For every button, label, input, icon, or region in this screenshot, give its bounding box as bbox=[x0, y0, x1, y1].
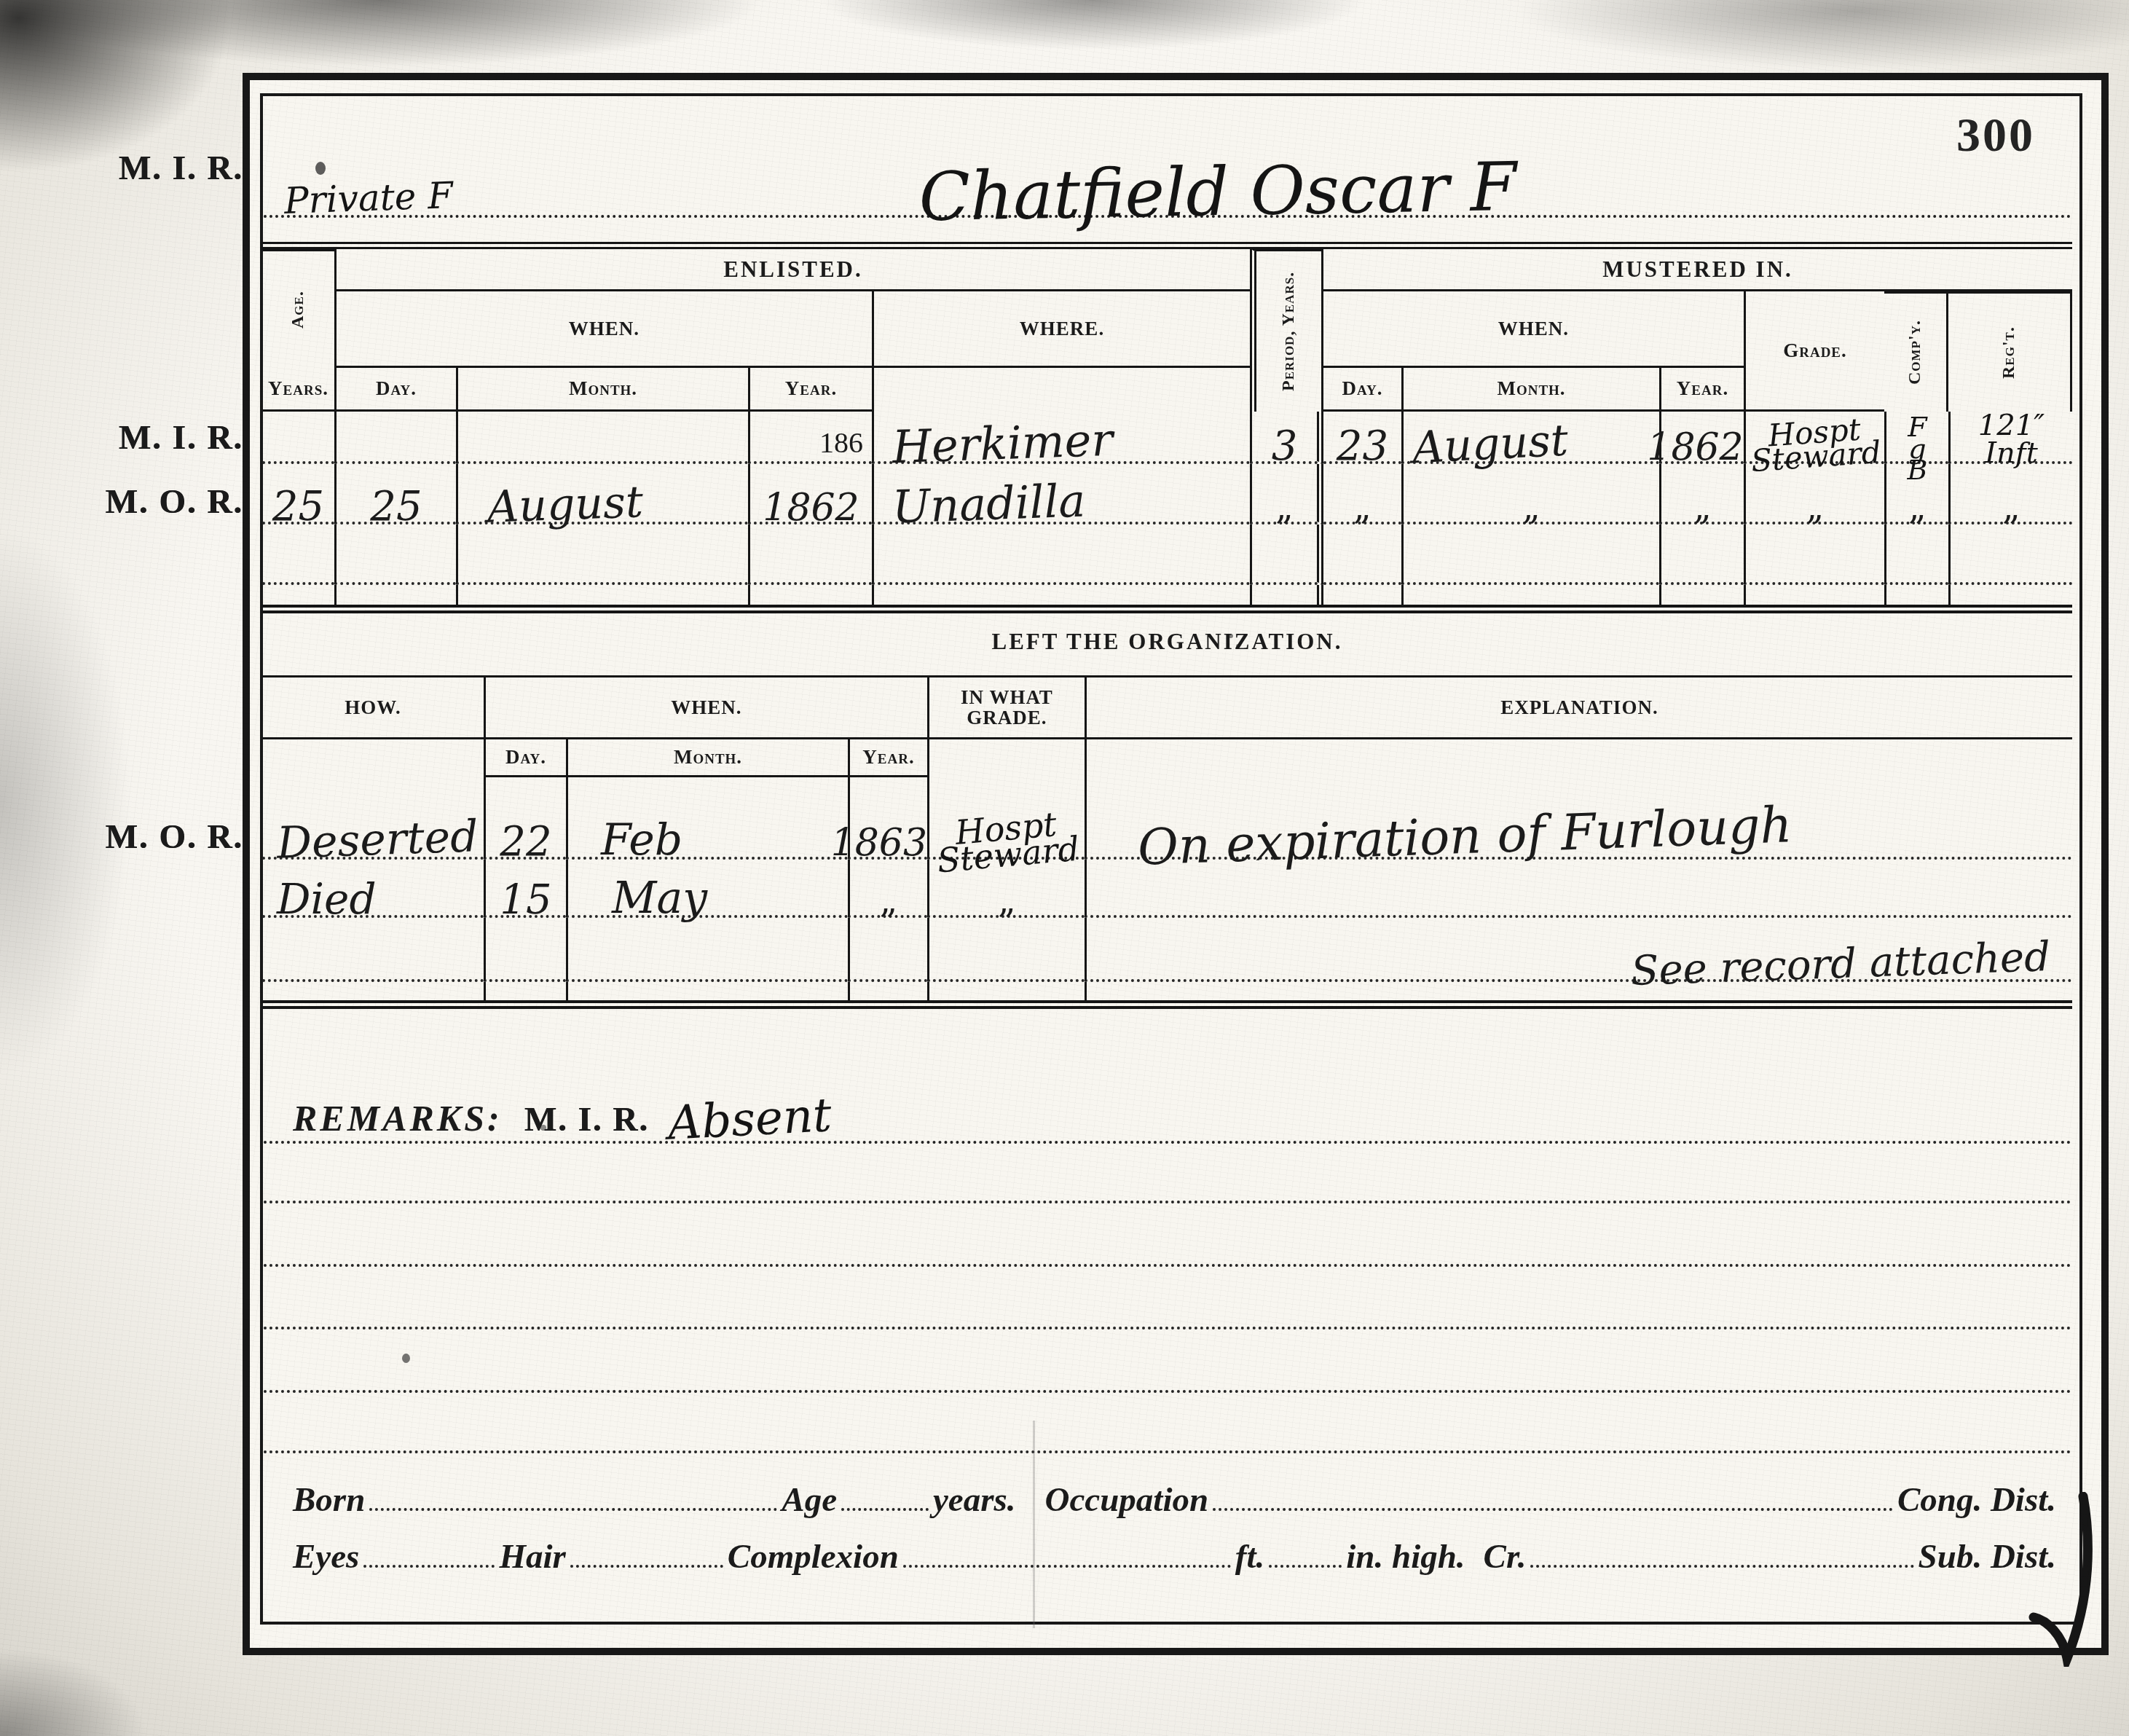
in-high-label: in. high. bbox=[1346, 1537, 1465, 1576]
col-header-regiment: Reg't. bbox=[1948, 291, 2072, 412]
col-header-when-mustered: WHEN. bbox=[1323, 291, 1744, 368]
blank-rule-line bbox=[264, 1450, 2072, 1453]
card-number: 300 bbox=[1934, 108, 2058, 163]
scan-speck bbox=[1228, 634, 1233, 638]
margin-label-leftorg-row: M. O. R. bbox=[61, 817, 243, 857]
col-header-mi-month: Month. bbox=[1401, 368, 1659, 412]
col-header-mi-day: Day. bbox=[1323, 368, 1401, 412]
left-organization-table: LEFT THE ORGANIZATION. HOW. WHEN. IN WHA… bbox=[262, 608, 2072, 1009]
lo-year-1: 1863 bbox=[848, 777, 927, 860]
mor-grade: „ bbox=[1744, 464, 1884, 525]
col-header-enl-day: Day. bbox=[334, 368, 456, 412]
eyes-label: Eyes bbox=[293, 1537, 359, 1576]
scan-speck bbox=[402, 1354, 410, 1363]
col-header-explanation: EXPLANATION. bbox=[1085, 677, 2072, 739]
mir-age bbox=[262, 412, 334, 464]
mor-enl-day: 25 bbox=[334, 464, 456, 525]
mor-mi-day: „ bbox=[1323, 464, 1401, 525]
where-unadilla: Unadilla bbox=[892, 479, 1086, 529]
mor-enl-month: August bbox=[456, 464, 748, 525]
years-label: years. bbox=[933, 1480, 1016, 1520]
lo-explanation-1: On expiration of Furlough bbox=[1085, 777, 2072, 860]
col-header-when-enlisted: WHEN. bbox=[334, 291, 872, 368]
blank-rule-line bbox=[264, 1201, 2072, 1203]
remarks-mir-prefix: M. I. R. bbox=[524, 1100, 649, 1139]
section-header-enlisted: ENLISTED. bbox=[334, 249, 1250, 291]
lo-how-2: Died bbox=[262, 860, 484, 918]
ft-label: ft. bbox=[1235, 1537, 1264, 1576]
remarks-label: REMARKS: bbox=[293, 1097, 503, 1139]
remarks-line: REMARKS: M. I. R. Absent bbox=[264, 1069, 2072, 1144]
printed-year-186: 186 bbox=[819, 425, 863, 460]
mir-enl-month bbox=[456, 412, 748, 464]
col-header-mi-year: Year. bbox=[1659, 368, 1744, 412]
hair-label: Hair bbox=[499, 1537, 565, 1576]
blank-cell bbox=[262, 525, 334, 585]
mor-period: „ bbox=[1250, 464, 1323, 525]
scan-speck bbox=[540, 1125, 546, 1131]
where-spacer bbox=[872, 368, 1250, 412]
checkmark-icon bbox=[2019, 1492, 2106, 1667]
col-header-age-years: Years. bbox=[262, 368, 334, 412]
col-header-enl-year: Year. bbox=[748, 368, 872, 412]
mir-mi-month: August bbox=[1401, 412, 1659, 464]
soldier-name-handwriting: Chatfield Oscar F bbox=[744, 145, 1692, 240]
col-header-age: Age. bbox=[262, 249, 334, 368]
blank-rule-line bbox=[264, 1390, 2072, 1393]
mor-mi-month: „ bbox=[1401, 464, 1659, 525]
scan-speck bbox=[315, 162, 326, 175]
mir-company: F g B bbox=[1884, 412, 1948, 464]
mir-mi-day: 23 bbox=[1323, 412, 1401, 464]
remarks-entry-handwriting: Absent bbox=[666, 1088, 833, 1151]
mor-mi-year: „ bbox=[1659, 464, 1744, 525]
col-header-in-what-grade: IN WHAT GRADE. bbox=[927, 677, 1085, 739]
mir-mi-year: 1862 bbox=[1659, 412, 1744, 464]
lo-month-1: Feb bbox=[566, 777, 848, 860]
col-header-lo-year: Year. bbox=[848, 739, 927, 777]
lo-month-2: May bbox=[566, 860, 848, 918]
lo-explanation-2 bbox=[1085, 860, 2072, 918]
col-header-lo-when: WHEN. bbox=[484, 677, 927, 739]
mor-where: Unadilla bbox=[872, 464, 1250, 525]
lo-grade-2: „ bbox=[927, 860, 1085, 918]
complexion-label: Complexion bbox=[728, 1537, 899, 1576]
lo-day-1: 22 bbox=[484, 777, 566, 860]
scanned-muster-card: M. I. R. M. I. R. M. O. R. M. O. R. Priv… bbox=[0, 0, 2129, 1736]
mor-regiment: „ bbox=[1948, 464, 2072, 525]
mor-company: „ bbox=[1884, 464, 1948, 525]
col-header-enl-month: Month. bbox=[456, 368, 748, 412]
age-label: Age bbox=[782, 1480, 837, 1520]
col-header-where: WHERE. bbox=[872, 291, 1250, 368]
mir-enl-year: 186 bbox=[748, 412, 872, 464]
col-header-lo-day: Day. bbox=[484, 739, 566, 777]
enlistment-muster-table: Age. ENLISTED. Period, Years. MUSTERED I… bbox=[262, 242, 2072, 613]
col-header-how: HOW. bbox=[262, 677, 484, 739]
lo-grade-1: Hospt Steward bbox=[927, 777, 1085, 860]
section-header-left-organization: LEFT THE ORGANIZATION. bbox=[262, 608, 2072, 677]
scan-scratch bbox=[1033, 1421, 1035, 1628]
blank-rule-line bbox=[264, 1327, 2072, 1330]
mor-age: 25 bbox=[262, 464, 334, 525]
col-header-lo-month: Month. bbox=[566, 739, 848, 777]
lo-year-2: „ bbox=[848, 860, 927, 918]
occupation-label: Occupation bbox=[1045, 1480, 1209, 1520]
col-header-period-years: Period, Years. bbox=[1250, 249, 1323, 412]
mir-grade: Hospt Steward bbox=[1744, 412, 1884, 464]
where-herkimer: Herkimer bbox=[892, 419, 1114, 469]
rank-entry-handwriting: Private F bbox=[283, 174, 454, 222]
lo-day-2: 15 bbox=[484, 860, 566, 918]
mir-where: Herkimer bbox=[872, 412, 1250, 464]
margin-label-mir-row: M. I. R. bbox=[61, 418, 243, 457]
mir-regiment: 121″ Inft bbox=[1948, 412, 2072, 464]
col-header-company: Comp'y. bbox=[1884, 291, 1948, 412]
mor-enl-year: 1862 bbox=[748, 464, 872, 525]
margin-label-mor-row: M. O. R. bbox=[61, 482, 243, 522]
vitals-row-eyes: Eyes Hair Complexion ft. in. high. Cr. S… bbox=[264, 1521, 2072, 1576]
vitals-row-born: Born Age years. Occupation Cong. Dist. bbox=[264, 1464, 2072, 1520]
lo-explanation-3: See record attached bbox=[1085, 918, 2072, 982]
section-header-mustered-in: MUSTERED IN. bbox=[1323, 249, 2072, 291]
mir-enl-day bbox=[334, 412, 456, 464]
name-header-line: Private F Chatfield Oscar F bbox=[264, 137, 2072, 218]
cr-label: Cr. bbox=[1484, 1537, 1527, 1576]
born-label: Born bbox=[293, 1480, 365, 1520]
mir-period: 3 bbox=[1250, 412, 1323, 464]
lo-how-1: Deserted bbox=[262, 777, 484, 860]
margin-label-top: M. I. R. bbox=[61, 149, 243, 188]
col-header-grade: Grade. bbox=[1744, 291, 1884, 412]
blank-rule-line bbox=[264, 1264, 2072, 1267]
scan-speck bbox=[1236, 644, 1240, 648]
